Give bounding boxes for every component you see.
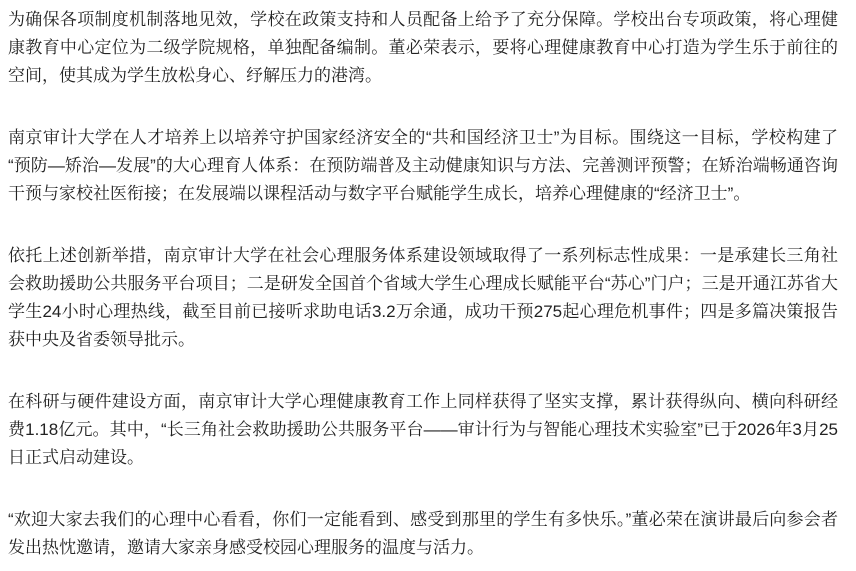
paragraph-research-funding: 在科研与硬件建设方面，南京审计大学心理健康教育工作上同样获得了坚实支撑，累计获得… bbox=[8, 388, 838, 472]
article-body: 为确保各项制度机制落地见效，学校在政策支持和人员配备上给予了充分保障。学校出台专… bbox=[0, 0, 856, 562]
paragraph-closing-invitation: “欢迎大家去我们的心理中心看看，你们一定能看到、感受到那里的学生有多快乐。”董必… bbox=[8, 506, 838, 562]
paragraph-landmark-achievements: 依托上述创新举措，南京审计大学在社会心理服务体系建设领域取得了一系列标志性成果：… bbox=[8, 242, 838, 354]
paragraph-policy-support: 为确保各项制度机制落地见效，学校在政策支持和人员配备上给予了充分保障。学校出台专… bbox=[8, 6, 838, 90]
paragraph-talent-cultivation: 南京审计大学在人才培养上以培养守护国家经济安全的“共和国经济卫士”为目标。围绕这… bbox=[8, 124, 838, 208]
